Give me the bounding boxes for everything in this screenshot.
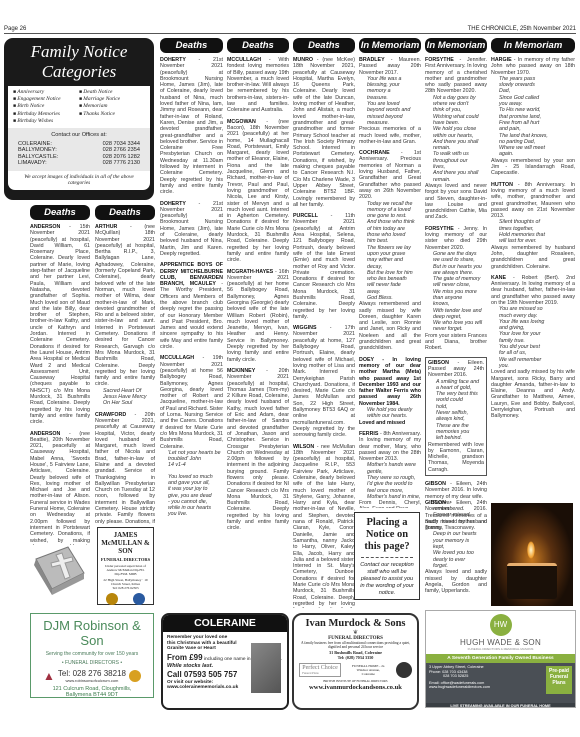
memoriam-heading: In Memoriam bbox=[425, 38, 487, 53]
james-mcmullan-ad[interactable]: JAMES McMULLAN & SON FUNERAL DIRECTORS U… bbox=[97, 527, 154, 605]
notice-mckinney: MCKINNEY - 20th November 2021 (peacefull… bbox=[227, 368, 289, 532]
column-memoriam-2b: GIBSON - Eileen, 24th November 2016. Tre… bbox=[425, 500, 487, 605]
notice-kane: KANE - Robert (Bert). 2nd Anniversary. I… bbox=[491, 275, 575, 420]
hw-logo-icon: HW bbox=[490, 614, 512, 636]
notice-doey: DOEY - In loving memory of our dear moth… bbox=[359, 357, 421, 426]
placing-notice-box: Placing a Notice on this page? Contact o… bbox=[354, 512, 420, 600]
category-item: Thanks Notice bbox=[79, 111, 145, 118]
notice-wiggins: WIGGINS - 17th November 2021 peacefully … bbox=[293, 325, 355, 438]
contact-title: Contact our Offices at: bbox=[18, 132, 140, 139]
column-deaths-2: Deaths ARTHUR - (nee McQuillan) 18th Nov… bbox=[95, 205, 155, 525]
family-notice-categories-box: Family Notice Categories Anniversary Dea… bbox=[4, 38, 154, 200]
column-deaths-3: Deaths DOHERTY - 21st November 2021 (pea… bbox=[160, 38, 223, 558]
category-item: Death Notice bbox=[79, 89, 145, 96]
notice-forsythe-1: FORSYTHE - Jennifer. First Anniversary. … bbox=[425, 57, 487, 221]
notice-wilson: WILSON - nee McMullan 18th November 2021… bbox=[293, 444, 355, 608]
category-item: Engagement Notice bbox=[13, 96, 79, 103]
column-deaths-5: Deaths MUNRO - (nee McKee) 18th November… bbox=[293, 38, 355, 608]
bible-cross-icon bbox=[28, 545, 88, 597]
category-item: Birthday Wishes bbox=[13, 118, 79, 125]
biff-crest-icon bbox=[396, 662, 412, 678]
notice-purcell: PURCELL - 11th November 2021 (peacefully… bbox=[293, 213, 355, 320]
masonic-icon: ▲ bbox=[43, 669, 55, 683]
column-memoriam-1: In Memoriam BRADLEY - Maureen. Passed aw… bbox=[359, 38, 421, 508]
flame-icon bbox=[527, 541, 535, 559]
category-item: Marriage Notice bbox=[79, 96, 145, 103]
crest-icon bbox=[106, 593, 118, 605]
notice-mccullagh-2: MCCULLAGH - 19th November 2021 (peaceful… bbox=[160, 355, 223, 468]
category-item: Memoriam bbox=[79, 103, 145, 110]
office-row: LIMAVADY:028 7776 2130 bbox=[18, 160, 140, 167]
headstone-icon bbox=[251, 643, 281, 693]
notice-arthur: ARTHUR - (nee McQuillan) 18th November 2… bbox=[95, 224, 155, 407]
notice-mcgowan: MCGOWAN - (nee Bacon), 18th November 202… bbox=[227, 119, 289, 264]
notice-mckinney-verse: You loved so muchand gave your all,it wa… bbox=[160, 474, 223, 518]
notice-bradley: BRADLEY - Maureen. Passed away 20th Nove… bbox=[359, 57, 421, 145]
memoriam-heading: In Memoriam bbox=[359, 38, 421, 53]
column-deaths-4: Deaths MCCULLAGH - With fondest loving m… bbox=[227, 38, 289, 608]
notice-hargie: HARGIE - In memory of my father John who… bbox=[491, 57, 575, 177]
notice-anderson-2: ANDERSON - (nee Beattie), 20th November … bbox=[30, 431, 90, 546]
deaths-heading: Deaths bbox=[293, 38, 355, 53]
candle-icon bbox=[507, 563, 557, 599]
notice-munro: MUNRO - (nee McKee) 18th November 2021, … bbox=[293, 57, 355, 208]
notice-hutton: HUTTON - 8th Anniversary. In loving memo… bbox=[491, 182, 575, 270]
deaths-heading: Deaths bbox=[30, 205, 90, 220]
hugh-wade-ad[interactable]: HW HUGH WADE & SON FUNERAL DIRECTORS & M… bbox=[425, 610, 576, 708]
deaths-heading: Deaths bbox=[227, 38, 289, 53]
notice-mccullagh-1: MCCULLAGH - With fondest loving memories… bbox=[227, 57, 289, 114]
notice-anderson-1: ANDERSON - 15th November 2021 (peacefull… bbox=[30, 224, 90, 426]
category-item: Anniversary bbox=[13, 89, 79, 96]
selected-badge-icon bbox=[133, 593, 145, 605]
coleraine-memorials-ad[interactable]: COLERAINE MEMORIALS Remember your loved … bbox=[161, 613, 289, 710]
djm-robinson-ad[interactable]: DJM Robinson & Son Serving the community… bbox=[30, 613, 154, 698]
notice-gibson-3: GIBSON - Eileen, 24th November 2016. Tre… bbox=[425, 500, 487, 594]
notice-gibson-1: GIBSON - Eileen. Passed away 24th Novemb… bbox=[425, 357, 487, 476]
categories-title-2: Categories bbox=[8, 62, 150, 82]
ornament-icon: ❦ bbox=[294, 629, 417, 636]
deaths-heading: Deaths bbox=[95, 205, 155, 220]
category-item: Birthday Memories bbox=[13, 111, 79, 118]
deaths-heading: Deaths bbox=[160, 38, 223, 53]
category-item: Birth Notice bbox=[13, 103, 79, 110]
accept-images-note: We accept images of individuals in all o… bbox=[8, 171, 150, 190]
categories-title-1: Family Notice bbox=[8, 42, 150, 62]
ivan-murdock-ad[interactable]: Ivan Murdock & Sons ❦ FUNERAL DIRECTORS … bbox=[292, 613, 419, 710]
crest-icon bbox=[129, 670, 141, 682]
category-list: Anniversary Death Notice Engagement Noti… bbox=[8, 86, 150, 128]
notice-apprentice-boys: APPRENTICE BOYS OF DERRY MITCHELBURNE CL… bbox=[160, 262, 223, 350]
notice-cochrane: COCHRANE - 1st Anniversary. Precious mem… bbox=[359, 150, 421, 352]
header-divider bbox=[4, 33, 576, 34]
memoriam-heading: In Memoriam bbox=[491, 38, 575, 53]
notice-mcgrath-hayes: MCGRATH-HAYES - 16th November 2021 (peac… bbox=[227, 269, 289, 363]
notice-ferris: FERRIS - 8th Anniversary. In loving memo… bbox=[359, 431, 421, 508]
column-memoriam-3: In Memoriam HARGIE - In memory of my fat… bbox=[491, 38, 575, 500]
notice-doherty-2: DOHERTY - 21st November 2021 (peacefully… bbox=[160, 201, 223, 258]
column-deaths-1: Deaths ANDERSON - 15th November 2021 (pe… bbox=[30, 205, 90, 545]
notice-forsythe-2: FORSYTHE - Jenny. In loving memory of ou… bbox=[425, 226, 487, 352]
notice-crawford: CRAWFORD - 20th November 2021, peacefull… bbox=[95, 412, 155, 525]
office-contacts: Contact our Offices at: COLERAINE:028 70… bbox=[8, 128, 150, 171]
notice-doherty-1: DOHERTY - 21st November 2021 (peacefully… bbox=[160, 57, 223, 196]
candle-photo bbox=[491, 503, 573, 606]
